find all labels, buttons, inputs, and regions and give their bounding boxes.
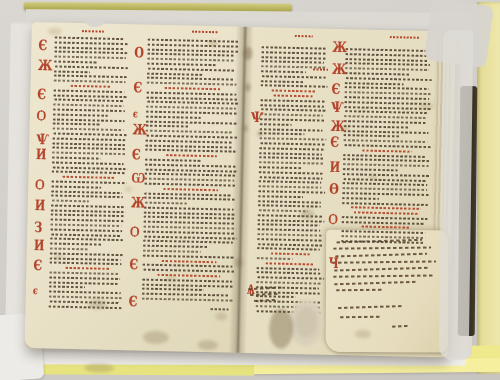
initial-letter: є [33,284,38,297]
text-line [260,142,325,145]
cursive-annotation-line [333,246,431,249]
text-line [53,132,127,136]
text-line [51,233,121,237]
text-line [54,60,97,63]
text-line [258,180,321,183]
initial-letter: И [330,161,341,174]
text-line [144,197,236,201]
stain [355,329,371,338]
text-line [260,104,324,107]
text-line [54,75,127,79]
initial-letter: Ѻ [328,213,337,226]
text-line [52,156,101,159]
text-line [262,75,326,78]
stain [55,254,64,260]
cursive-annotation-line [334,281,416,285]
text-line [259,152,322,155]
text-line [342,216,428,220]
text-line [54,46,124,50]
initial-letter: Ѡ [131,172,145,185]
text-line [55,37,125,41]
initial-letter: Є [132,149,141,162]
text-line [259,157,325,160]
text-line [344,120,426,124]
stain [143,331,169,345]
cursive-annotation-line [332,260,436,263]
text-line [259,147,325,150]
folio-mark [313,68,328,70]
text-line [342,197,379,200]
text-line [257,233,323,236]
text-line [143,230,235,234]
text-line [52,147,125,151]
rubric-line [62,176,115,179]
text-line [147,53,235,57]
text-line [147,48,239,52]
text-column-right-col-2 [341,48,433,247]
text-line [341,235,425,239]
text-line [260,113,323,116]
stain [257,131,262,136]
text-line [343,134,399,137]
rubric-line [354,211,419,214]
text-line [259,171,323,174]
text-line [345,82,404,85]
text-line [143,226,236,230]
stain [208,40,219,46]
initial-letter: Ж [132,124,147,137]
text-line [144,206,234,210]
text-line [51,214,126,218]
text-line [260,123,292,126]
text-line [345,63,430,67]
text-line [49,305,122,309]
text-line [343,168,398,171]
text-line [256,281,321,284]
text-line [147,101,238,105]
text-line [342,187,427,191]
text-column-left-col-2 [142,39,241,305]
text-line [146,91,236,95]
text-line [49,281,119,285]
text-line [50,243,102,246]
text-line [344,115,426,119]
text-line [143,250,201,253]
page-corner-notch [86,17,104,27]
rubric-line [362,149,412,152]
initial-letter: Ж [131,197,146,210]
text-line [142,288,204,291]
text-line [53,166,128,170]
text-line [147,82,237,86]
initial-letter: Ѻ [37,110,46,123]
text-line [146,125,189,128]
text-line [50,248,89,251]
text-line [50,219,123,223]
text-line [142,298,233,302]
text-line [54,80,126,84]
stain [198,340,218,350]
text-line [49,295,122,299]
text-line [51,204,124,208]
text-line [345,72,410,75]
text-line [142,283,233,287]
text-line [53,128,124,132]
text-line [53,94,127,98]
text-line [49,286,85,289]
text-line [145,202,187,205]
text-line [144,211,235,215]
text-line [53,108,125,112]
text-line [258,185,321,188]
text-column-right-col-1 [255,46,328,316]
text-line [344,144,431,148]
text-line [344,125,409,128]
text-line [52,137,125,141]
text-line [53,104,124,108]
text-line [54,51,127,55]
text-line [147,72,203,75]
text-line [258,243,325,247]
text-line [257,276,324,280]
text-line [51,185,101,188]
text-line [146,120,238,124]
book-spread: ЄЖЄѺѰИѺИЗИЄєОЄєЖЄѠЖѺЄЄѰѦЖЖЄѰЖЄИѲѺЧ [25,22,456,358]
text-line [144,182,235,186]
text-line [258,200,321,203]
text-line [52,152,126,156]
text-line [342,202,428,206]
text-line [49,291,121,295]
rubric-line [271,253,310,256]
rubric-line [163,188,219,191]
text-line [146,135,237,139]
stain [88,299,106,309]
text-line [260,128,323,131]
stain [418,102,434,110]
text-line [50,238,123,242]
initial-letter: И [36,149,47,162]
rubric-line [361,226,410,229]
initial-letter: Є [38,40,47,53]
text-line [260,176,323,179]
text-line [147,63,217,67]
text-line [54,56,126,60]
rubric-line [273,94,315,97]
text-line [258,190,325,194]
text-line [343,154,425,158]
text-line [261,80,304,83]
text-line [52,200,89,203]
initial-letter: З [34,222,42,235]
initial-letter: Ѳ [329,183,339,196]
initial-letter: О [134,47,144,60]
initial-letter: є [133,107,138,120]
text-line [257,238,322,241]
text-line [142,278,232,282]
text-line [144,235,237,239]
text-column-left-col-1 [48,37,129,312]
text-line [144,216,236,220]
stain [124,186,132,192]
initial-letter: Є [33,260,42,273]
cursive-annotation-line [338,305,402,308]
text-line [342,221,425,225]
text-line [145,159,201,162]
text-line [261,56,326,59]
initial-letter: Ѱ [331,101,343,114]
text-line [261,61,324,64]
text-line [146,106,236,110]
initial-letter: Є [330,136,339,149]
text-line [258,204,321,207]
stain [48,27,62,35]
text-line [261,109,327,112]
text-line [260,118,326,121]
text-line [145,173,236,177]
initial-letter: Є [129,259,138,272]
stain [369,174,378,180]
text-line [53,89,124,93]
text-line [54,70,90,73]
initial-letter: Є [331,83,340,96]
text-line [260,99,326,102]
cursive-annotation-line [333,274,433,277]
text-line [142,264,232,268]
text-line [261,46,326,49]
text-line [142,293,230,297]
rubric-line [266,262,315,265]
text-line [343,163,429,167]
text-line [260,133,305,136]
text-line [145,163,236,167]
text-line [49,276,120,280]
stain [166,275,176,282]
text-line [257,257,293,260]
text-line [258,195,303,198]
text-line [55,41,130,45]
cursive-annotation-line [392,325,410,327]
manuscript-photo: ЄЖЄѺѰИѺИЗИЄєОЄєЖЄѠЖѺЄЄѰѦЖЖЄѰЖЄИѲѺЧ [0,0,500,380]
text-line [52,142,125,146]
cursive-annotation-line [340,316,382,318]
text-line [343,173,430,177]
text-line [259,161,325,165]
tissue-overlay-right [439,30,474,360]
text-line [344,178,427,182]
text-line [148,67,235,71]
text-line [50,300,120,304]
text-line [256,272,320,275]
text-line [341,240,424,244]
text-line [147,58,234,62]
text-line [144,192,231,196]
text-line [343,158,431,162]
text-line [55,65,128,69]
text-line [146,96,237,100]
text-line [143,240,233,244]
initial-letter: Є [129,296,138,309]
text-line [50,228,122,232]
text-line [257,228,320,231]
repair-patch [326,230,449,353]
text-line [345,67,429,71]
rubric-line [66,267,110,270]
text-line [51,180,126,184]
text-line [257,248,320,251]
text-line [51,190,122,194]
text-line [345,53,428,57]
text-line [256,267,319,270]
initial-letter: Є [37,89,46,102]
initial-letter: Ѻ [35,179,44,192]
text-line [342,182,427,186]
initial-letter: Ѱ [251,111,263,124]
initial-letter: Ж [38,60,53,73]
text-line [344,130,429,134]
text-line [147,77,234,81]
text-line [146,111,238,115]
text-line [53,123,101,126]
text-line [143,245,208,248]
text-line [345,110,427,114]
initial-letter: Ѱ [36,134,48,147]
initial-letter: И [35,200,46,213]
text-line [343,139,427,143]
rubric-line [70,85,112,88]
text-line [51,209,126,213]
text-line [50,224,121,228]
text-line [261,70,306,73]
rubric-line [272,90,317,93]
text-line [259,166,302,169]
initial-letter: Ч [328,257,338,270]
text-line [259,137,326,141]
text-line [344,91,432,95]
initial-letter: Є [133,82,142,95]
text-line [52,161,124,165]
initial-letter: И [34,240,45,253]
text-line [143,221,234,225]
text-line [53,113,108,116]
rubric-line [161,260,216,263]
text-line [49,272,119,276]
text-line [52,171,126,175]
text-line [261,85,328,89]
text-line [344,96,429,100]
text-line [341,230,425,234]
text-line [53,118,125,122]
text-line [143,269,235,273]
text-line [346,77,432,81]
text-line [145,144,232,148]
stain [215,312,227,320]
text-line [146,115,201,118]
text-line [146,168,238,172]
text-line [50,262,122,266]
text-line [345,58,428,62]
rubric-line [165,87,222,90]
cursive-annotation-line [334,267,430,271]
initial-letter: Ж [332,63,347,76]
rubric-line [351,207,421,211]
text-line [147,43,238,47]
text-line [54,99,124,103]
rubric-line [166,154,217,157]
text-line [51,195,123,199]
text-line [345,86,429,90]
text-line [143,254,236,258]
text-line [261,51,326,54]
cursive-annotation-line [336,289,384,291]
text-line [257,224,319,227]
stain [301,209,315,219]
text-line [144,178,234,182]
text-line [146,130,234,134]
cursive-annotation-line [335,253,427,257]
text-line [342,192,429,196]
initial-letter: Ѻ [130,226,139,239]
text-line [145,139,233,143]
text-line [145,149,236,153]
initial-letter: Ж [332,41,347,54]
text-line [258,219,325,223]
